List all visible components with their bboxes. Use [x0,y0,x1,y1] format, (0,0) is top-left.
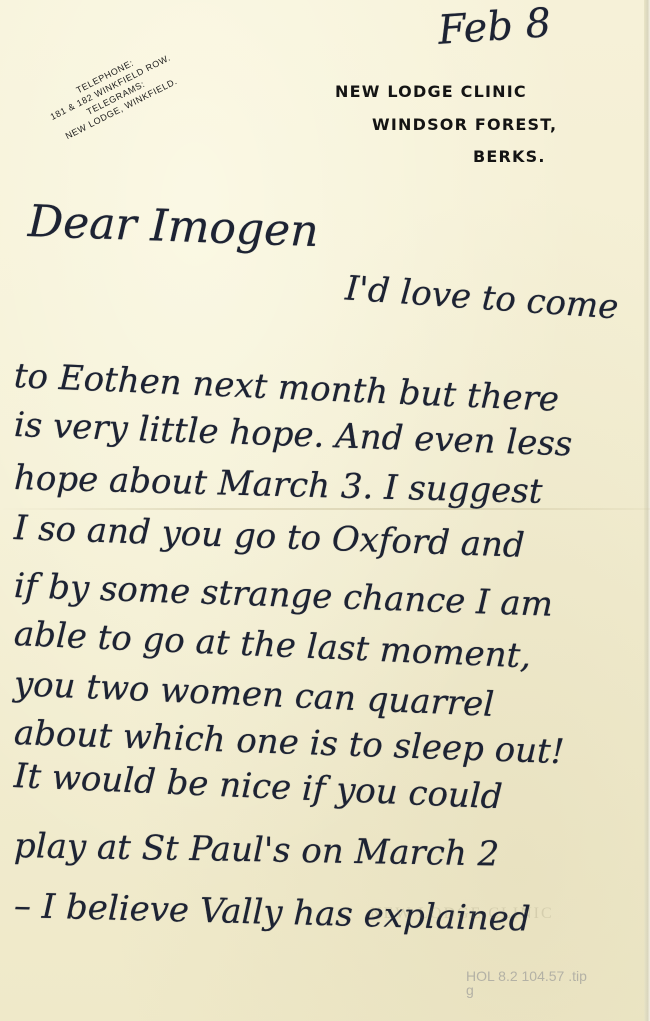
letter-line: hope about March 3. I suggest [13,458,542,512]
archive-watermark: HOL 8.2 104.57 .tip g [466,969,587,997]
letter-line: I'd love to come [344,269,620,328]
reverse-side-show-through: NEW LODGE CLINIC [370,905,554,923]
letter-line: if by some strange chance I am [13,566,553,625]
letter-line: play at St Paul's on March 2 [14,826,500,874]
watermark-wrap: g [466,983,587,997]
letter-greeting: Dear Imogen [27,196,319,257]
letterhead-county: BERKS. [473,147,546,166]
fold-crease [0,508,650,510]
letter-date: Feb 8 [437,0,553,54]
letterhead-location: WINDSOR FOREST, [372,115,557,134]
letter-page: TELEPHONE: 181 & 182 WINKFIELD ROW. TELE… [0,0,650,1021]
letterhead-clinic-name: NEW LODGE CLINIC [335,82,527,101]
watermark-text: HOL 8.2 104.57 .tip [466,968,587,984]
letter-line: I so and you go to Oxford and [13,508,525,566]
letterhead-contact-block: TELEPHONE: 181 & 182 WINKFIELD ROW. TELE… [22,30,204,154]
paper-edge [644,0,650,1021]
